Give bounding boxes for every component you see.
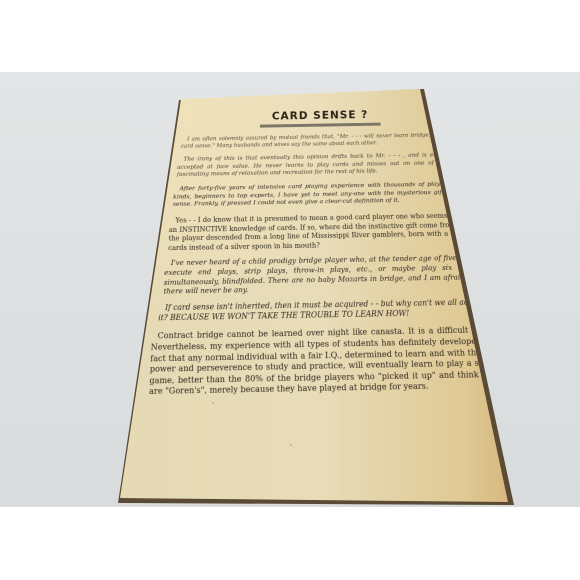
paragraph-4: Yes - - I do know that it is presumed to… — [165, 211, 480, 252]
title-underline — [260, 123, 381, 128]
paper-speck — [290, 444, 292, 446]
paragraph-2: The irony of this is that eventually thi… — [168, 152, 475, 180]
paper-speck — [470, 192, 472, 194]
paragraph-3: After forty-five years of intensive card… — [166, 181, 476, 211]
paragraph-6: If card sense isn't inherited, then it m… — [158, 298, 489, 324]
paragraph-7: Contract bridge cannot be learned over n… — [149, 325, 501, 398]
paragraph-5: I've never heard of a child prodigy brid… — [163, 253, 483, 297]
book-page: CARD SENSE ? I am often solemnly assured… — [0, 72, 580, 507]
photo-background: CARD SENSE ? I am often solemnly assured… — [0, 72, 580, 507]
page-text: CARD SENSE ? I am often solemnly assured… — [160, 107, 491, 404]
paragraph-1: I am often solemnly assured by mutual fr… — [169, 132, 473, 151]
